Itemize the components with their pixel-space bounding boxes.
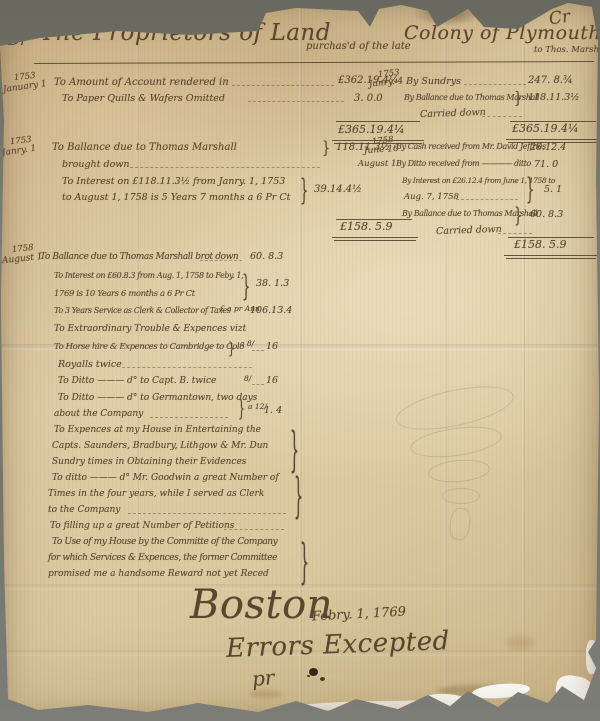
- debit2-interest-line1: To Interest on £118.11.3½ from Janry. 1,…: [62, 177, 285, 187]
- pencil-scribble: [390, 380, 520, 550]
- debit3-balance-leader: [200, 260, 242, 261]
- credit2-interest-amount: 5. 1: [544, 185, 562, 195]
- debit2-row2-desc: brought down: [62, 160, 130, 170]
- tear-hole-2: [554, 673, 594, 705]
- debit3-capt-leader: [252, 384, 264, 385]
- debit3-petitions-leader: [224, 529, 284, 530]
- debit3-goodwin-brace: }: [294, 474, 303, 522]
- credit1-balance-brace: }: [514, 91, 522, 107]
- debit3-reward-brace: }: [300, 540, 309, 588]
- footer-errors: Errors Excepted: [226, 628, 451, 662]
- catalog-number: W-81F22.023: [52, 9, 104, 18]
- debit3-horsehire-leader: [252, 350, 264, 351]
- foxing-spot-2: [250, 690, 282, 698]
- debit3-service-amount: 106.13.4: [250, 306, 292, 316]
- debit3-petitions-desc: To filling up a great Number of Petition…: [50, 522, 234, 531]
- debit2-interest-brace: }: [300, 178, 308, 207]
- debit3-interest-line1: To Interest on £60.8.3 from Aug. 1, 1758…: [54, 272, 243, 280]
- credit2-carried-desc: Carried down: [436, 225, 502, 237]
- credit1-row1-leader: [464, 84, 526, 85]
- debit2-total: £158. 5.9: [340, 221, 392, 232]
- debit3-entertain-line2: Capts. Saunders, Bradbury, Lithgow & Mr.…: [52, 442, 268, 451]
- credit1-row2-amount: 118.11.3½: [528, 93, 580, 103]
- debit1-row1-leader: [232, 85, 334, 86]
- debit3-balance-amount: 60. 8.3: [250, 252, 283, 262]
- title-main: The Proprietors of Land: [40, 22, 331, 45]
- credit2-row2-amount: 71. 0: [534, 160, 558, 170]
- title-rule: [34, 61, 594, 64]
- debit3-germantown-brace: }: [238, 398, 245, 420]
- debit3-germantown-desc2: about the Company: [54, 410, 143, 419]
- debit3-goodwin-line1: To ditto ——— d° Mr. Goodwin a great Numb…: [52, 474, 279, 483]
- credit2-total: £158. 5.9: [514, 239, 566, 250]
- debit3-house-line1: To Use of my House by the Committe of th…: [52, 538, 277, 547]
- debit2-balance-brace: }: [322, 140, 330, 157]
- debit3-horsehire-amount: 16: [266, 342, 278, 352]
- debit3-germantown-amount: 1. 4: [264, 406, 282, 416]
- credit1-row1-desc: By Sundrys: [406, 77, 461, 87]
- debit3-horsehire-desc: To Horse hire & Expences to Cambridge to…: [54, 343, 244, 352]
- credit2-carried-leader: [498, 233, 532, 234]
- title-to: to Thos. Marshall: [534, 46, 600, 55]
- debit3-germantown-leader: [150, 417, 228, 418]
- credit2-date-day: June 16: [364, 145, 399, 156]
- debit3-entertain-line3: Sundry times in Obtaining their Evidence…: [52, 458, 246, 467]
- debit-mark: Dr: [8, 33, 27, 48]
- debit1-date-day: January 1: [3, 80, 48, 95]
- debit3-horsehire-desc2: Royalls twice: [58, 360, 122, 370]
- credit1-date-day: Janry. 4: [369, 77, 404, 90]
- debit3-extraordinary-desc: To Extraordinary Trouble & Expences vizt: [54, 325, 246, 334]
- debit2-date-day: Janry. 1: [2, 145, 37, 159]
- credit2-total-rule-bottom2: [506, 258, 596, 259]
- debit3-horsehire-brace: }: [228, 341, 235, 356]
- foxing-spot-1: [506, 636, 534, 650]
- credit2-interest-brace: }: [526, 177, 534, 206]
- credit2-total-rule-bottom1: [504, 255, 598, 256]
- debit3-interest-amount: 38. 1.3: [256, 279, 289, 289]
- debit3-service-desc: To 3 Years Service as Clerk & Collector …: [54, 307, 230, 315]
- credit1-row3-desc: Carried down: [420, 108, 486, 120]
- debit1-row2-leader: [248, 101, 344, 102]
- debit3-capt-rate: 8/: [244, 375, 251, 383]
- credit2-row1-desc: By Cash received from Mr. David Jeffries: [396, 143, 546, 151]
- debit3-capt-desc: To Ditto ——— d° to Capt. B. twice: [58, 377, 216, 386]
- manuscript-paper: W-81F22.023CrDrThe Proprietors of Landpu…: [0, 0, 600, 721]
- footer-per: pr: [251, 667, 275, 689]
- ink-blot: [309, 668, 318, 676]
- vertical-fold-crease-1: [136, 0, 139, 721]
- debit2-interest-line2: to August 1, 1758 is 5 Years 7 months a …: [62, 193, 290, 203]
- credit2-interest-leader: [456, 199, 518, 200]
- debit3-interest-brace: }: [242, 274, 250, 303]
- debit3-house-line3: promised me a handsome Reward not yet Re…: [48, 570, 269, 579]
- debit2-row2-leader: [130, 167, 320, 168]
- debit3-entertain-line1: To Expences at my House in Entertaining …: [54, 426, 261, 435]
- tear-hole-4: [424, 693, 469, 707]
- credit2-balance-amount: 60. 8.3: [530, 210, 563, 220]
- debit3-horsehire-rate: a 8/: [240, 340, 254, 348]
- debit1-total: £365.19.4¼: [338, 124, 405, 135]
- title-colony: Colony of Plymouth: [404, 24, 600, 43]
- debit3-interest-line2: 1769 is 10 Years 6 months a 6 Pr Ct: [54, 290, 195, 299]
- debit2-interest-amount: 39.14.4½: [314, 185, 362, 195]
- debit3-capt-amount: 16: [266, 376, 278, 386]
- photograph-background: W-81F22.023CrDrThe Proprietors of Landpu…: [0, 0, 600, 721]
- credit2-row2-desc: By Ditto received from ———— ditto: [396, 160, 531, 168]
- credit2-interest-line2: Aug. 7, 1758: [404, 193, 459, 202]
- tear-hole-5: [586, 640, 598, 674]
- vertical-fold-crease-4: [522, 0, 525, 721]
- credit1-row1-amount: 247. 8.¾: [528, 76, 573, 86]
- credit1-row3-leader: [482, 116, 522, 117]
- bottom-stain-smear: [438, 685, 512, 696]
- debit3-horsehire-leader2: [122, 367, 252, 368]
- credit2-balance-brace: }: [514, 206, 522, 227]
- debit3-goodwin-line2: Times in the four years, while I served …: [48, 490, 264, 499]
- debit2-total-rule-bottom1: [332, 237, 418, 238]
- credit2-row2-date: August 1: [358, 160, 396, 169]
- debit1-total-rule-top: [336, 121, 420, 122]
- debit3-goodwin-leader: [128, 513, 286, 514]
- title-sub: purchas'd of the late: [306, 42, 411, 52]
- debit3-goodwin-line3: to the Company: [48, 506, 120, 515]
- debit3-date-day: August 1: [2, 253, 43, 266]
- debit2-total-rule-bottom2: [334, 240, 416, 241]
- debit2-row1-desc: To Ballance due to Thomas Marshall: [52, 143, 237, 153]
- tear-hole-1: [472, 681, 531, 700]
- tear-hole-3: [300, 700, 470, 712]
- credit1-total: £365.19.4¼: [512, 123, 579, 134]
- credit2-row1-amount: 26.12.4: [530, 143, 566, 153]
- debit1-row1-desc: To Amount of Account rendered in: [54, 78, 229, 88]
- debit3-house-line2: for which Services & Expences, the forme…: [48, 554, 277, 563]
- debit3-germantown-desc: To Ditto ——— d° to Germantown, two days: [58, 394, 257, 403]
- debit1-row2-desc: To Paper Quills & Wafers Omitted: [62, 94, 225, 104]
- credit1-total-rule-bottom1: [506, 139, 600, 140]
- debit3-entertain-brace: }: [290, 428, 299, 476]
- debit1-row2-amount: 3. 0.0: [354, 94, 383, 104]
- footer-date: Febry. 1, 1769: [312, 606, 407, 624]
